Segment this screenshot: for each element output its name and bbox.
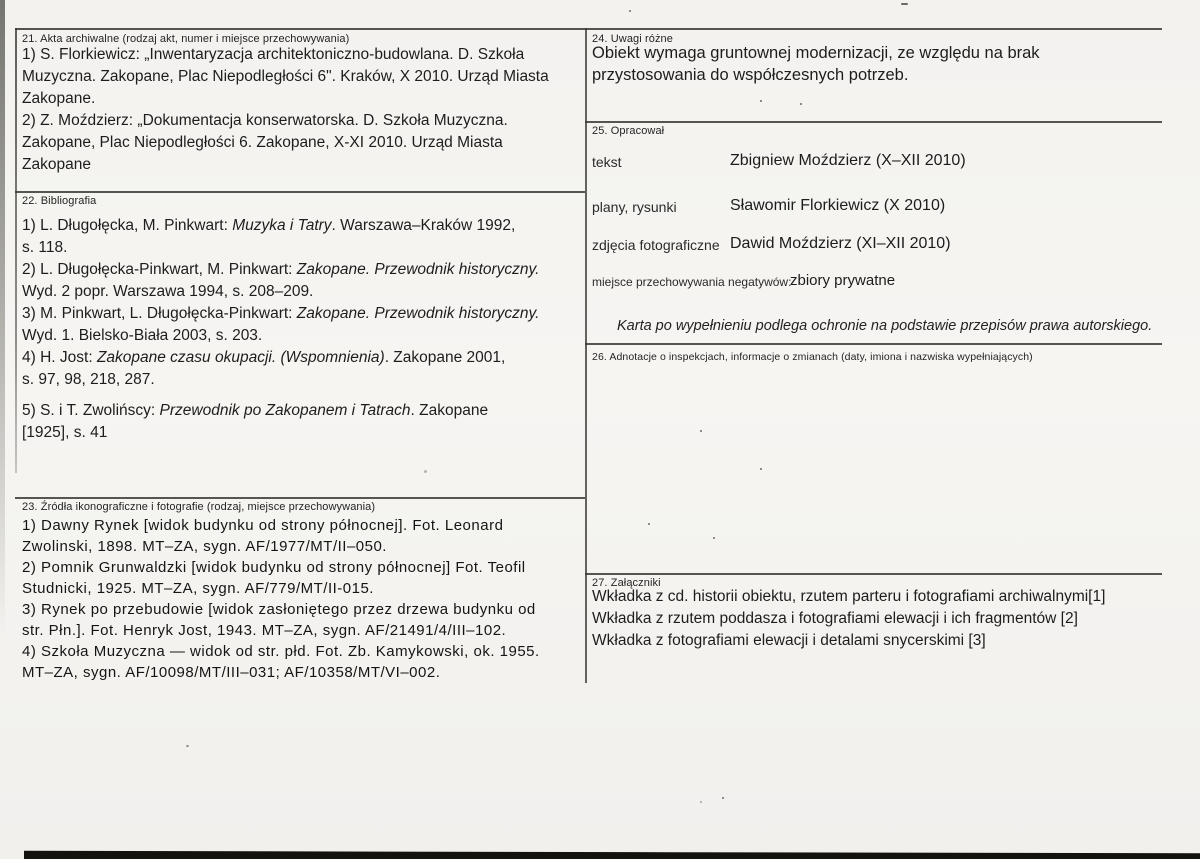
credit-label: zdjęcia fotograficzne [592, 237, 720, 253]
section-21-akta-archiwalne: 21. Akta archiwalne (rodzaj akt, numer i… [15, 29, 585, 189]
scan-speck [800, 103, 802, 105]
text-line: Zakopane. [22, 88, 585, 110]
text-line: 2) Pomnik Grunwaldzki [widok budynku od … [22, 557, 585, 578]
scan-speck [648, 523, 650, 525]
section-23-label: 23. Źródła ikonograficzne i fotografie (… [22, 501, 375, 513]
section-22-text: 1) L. Długołęcka, M. Pinkwart: Muzyka i … [22, 215, 585, 444]
text-line: Obiekt wymaga gruntownej modernizacji, z… [592, 42, 1162, 64]
text-line: Wkładka z cd. historii obiektu, rzutem p… [592, 586, 1200, 608]
text-line: Wyd. 2 popr. Warszawa 1994, s. 208–209. [22, 281, 585, 303]
text-line: Zwolinski, 1898. MT–ZA, sygn. AF/1977/MT… [22, 536, 585, 557]
text-line: 1) Dawny Rynek [widok budynku od strony … [22, 515, 585, 536]
credit-label: plany, rysunki [592, 199, 677, 215]
scan-speck [760, 100, 762, 102]
text-line: 3) M. Pinkwart, L. Długołęcka-Pinkwart: … [22, 303, 585, 325]
scan-speck [424, 470, 427, 473]
credit-label: tekst [592, 154, 622, 170]
text-line: 1) S. Florkiewicz: „Inwentaryzacja archi… [22, 44, 585, 66]
scan-speck [186, 745, 189, 747]
credit-row-negatywy: miejsce przechowywania negatywów: zbiory… [585, 272, 1162, 294]
text-line: 2) L. Długołęcka-Pinkwart, M. Pinkwart: … [22, 259, 585, 281]
scan-speck [700, 430, 702, 432]
text-line: 4) H. Jost: Zakopane czasu okupacji. (Ws… [22, 347, 585, 369]
scan-speck [742, 208, 744, 210]
text-line: Wyd. 1. Bielsko-Biała 2003, s. 203. [22, 325, 585, 347]
section-21-text: 1) S. Florkiewicz: „Inwentaryzacja archi… [22, 44, 585, 176]
section-27-zalaczniki: 27. Załączniki Wkładka z cd. historii ob… [585, 573, 1200, 683]
text-line: Zakopane, Plac Niepodległości 6. Zakopan… [22, 132, 585, 154]
text-line: Zakopane [22, 154, 585, 176]
scanned-record-card: 21. Akta archiwalne (rodzaj akt, numer i… [0, 0, 1200, 859]
scan-speck [722, 797, 724, 799]
credit-value: Zbigniew Moździerz (X–XII 2010) [730, 152, 966, 170]
text-line: przystosowania do współczesnych potrzeb. [592, 64, 1162, 86]
credit-row-tekst: tekst Zbigniew Moździerz (X–XII 2010) [585, 152, 1162, 174]
section-26-label: 26. Adnotacje o inspekcjach, informacje … [592, 351, 1033, 363]
scan-speck [760, 468, 762, 470]
text-line: 3) Rynek po przebudowie [widok zasłonięt… [22, 599, 585, 620]
scanner-edge-left [0, 0, 5, 640]
section-23-text: 1) Dawny Rynek [widok budynku od strony … [22, 515, 585, 683]
credit-value: Dawid Moździerz (XI–XII 2010) [730, 235, 951, 253]
credit-label: miejsce przechowywania negatywów: [592, 275, 791, 289]
text-line: s. 97, 98, 218, 287. [22, 369, 585, 391]
text-line: str. Płn.]. Fot. Henryk Jost, 1943. MT–Z… [22, 620, 585, 641]
text-line: 4) Szkoła Muzyczna — widok od str. płd. … [22, 641, 585, 662]
text-line: [1925], s. 41 [22, 422, 585, 444]
credit-row-zdjecia: zdjęcia fotograficzne Dawid Moździerz (X… [585, 235, 1162, 257]
section-24-uwagi-rozne: 24. Uwagi różne Obiekt wymaga gruntownej… [585, 29, 1162, 121]
section-23-zrodla-ikonograficzne: 23. Źródła ikonograficzne i fotografie (… [15, 497, 585, 687]
text-line: Wkładka z rzutem poddasza i fotografiami… [592, 608, 1200, 630]
scan-speck [629, 10, 631, 12]
text-line: Muzyczna. Zakopane, Plac Niepodległości … [22, 66, 585, 88]
section-22-label: 22. Bibliografia [22, 195, 96, 207]
text-line: 1) L. Długołęcka, M. Pinkwart: Muzyka i … [22, 215, 585, 237]
text-line: 5) S. i T. Zwolińscy: Przewodnik po Zako… [22, 400, 585, 422]
text-line: Wkładka z fotografiami elewacji i detala… [592, 630, 1200, 652]
credit-value: Sławomir Florkiewicz (X 2010) [730, 197, 945, 215]
credit-value: zbiory prywatne [790, 272, 895, 289]
text-line: 2) Z. Moździerz: „Dokumentacja konserwat… [22, 110, 585, 132]
scan-speck [732, 203, 734, 205]
section-26-adnotacje: 26. Adnotacje o inspekcjach, informacje … [585, 343, 1162, 573]
scan-speck [700, 801, 702, 803]
scan-speck [901, 3, 908, 5]
text-line: s. 118. [22, 237, 585, 259]
scanner-edge-bottom [24, 849, 1200, 859]
text-line: MT–ZA, sygn. AF/10098/MT/III–031; AF/103… [22, 662, 585, 683]
section-25-label: 25. Opracował [592, 125, 664, 137]
section-22-bibliografia: 22. Bibliografia 1) L. Długołęcka, M. Pi… [15, 191, 585, 496]
section-27-text: Wkładka z cd. historii obiektu, rzutem p… [592, 586, 1200, 652]
section-24-text: Obiekt wymaga gruntownej modernizacji, z… [592, 42, 1162, 86]
credit-row-plany-rysunki: plany, rysunki Sławomir Florkiewicz (X 2… [585, 197, 1162, 219]
scan-speck [713, 537, 715, 539]
text-line: Studnicki, 1925. MT–ZA, sygn. AF/779/MT/… [22, 578, 585, 599]
copyright-note: Karta po wypełnieniu podlega ochronie na… [617, 318, 1152, 334]
section-25-opracowal: 25. Opracował tekst Zbigniew Moździerz (… [585, 121, 1162, 343]
